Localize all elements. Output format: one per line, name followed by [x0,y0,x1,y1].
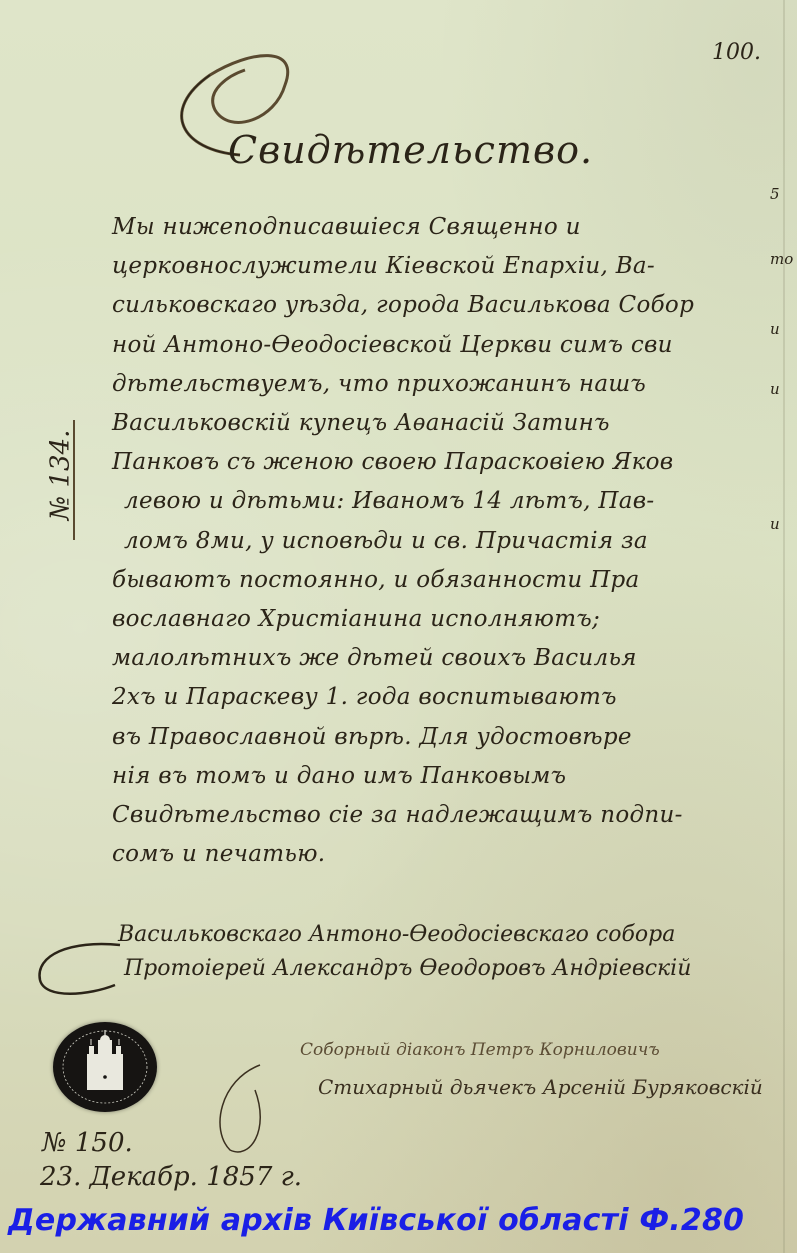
body-line: ной Антоно-Ѳеодосіевской Церкви симъ сви [112,326,782,365]
document-page: 100. Свидѣтельство. № 134. Мы нижеподпис… [0,0,797,1253]
church-seal-icon [53,1022,157,1112]
registration-number: № 150. [42,1128,133,1158]
folio-number: 100. [712,40,761,65]
body-line: дѣтельствуемъ, что прихожанинъ нашъ [112,365,782,404]
body-line: ломъ 8ми, у исповѣди и св. Причастія за [112,522,782,561]
body-line: церковнослужители Кіевской Епархіи, Ва- [112,247,782,286]
signature-loop-icon [200,1060,280,1160]
body-line: малолѣтнихъ же дѣтей своихъ Василья [112,639,782,678]
margin-rule [73,420,75,540]
signature-flourish-icon [30,935,130,1005]
edge-fragment: и [770,380,780,398]
certificate-body: Мы нижеподписавшіеся Священно и церковно… [112,208,782,874]
body-line: 2хъ и Параскеву 1. года воспитываютъ [112,678,782,717]
church-seal [53,1022,157,1112]
edge-fragment: и [770,515,780,533]
signature-block: Васильковскаго Антоно-Ѳеодосіевскаго соб… [110,918,790,986]
church-name-signature: Васильковскаго Антоно-Ѳеодосіевскаго соб… [110,918,790,952]
document-title: Свидѣтельство. [228,128,593,172]
body-line: левою и дѣтьми: Иваномъ 14 лѣтъ, Пав- [112,482,782,521]
edge-fragment: 5 [770,185,780,203]
archpriest-signature: Протоіерей Александръ Ѳеодоровъ Андріевс… [110,952,790,986]
body-line: сильковскаго уѣзда, города Василькова Со… [112,286,782,325]
edge-fragment: и [770,320,780,338]
registration-date: 23. Декабр. 1857 г. [40,1162,302,1192]
body-line: въ Православной вѣрѣ. Для удостовѣре [112,718,782,757]
sexton-signature: Стихарный дьячекъ Арсеній Буряковскій [318,1075,763,1099]
body-line: бываютъ постоянно, и обязанности Пра [112,561,782,600]
body-line: нія въ томъ и дано имъ Панковымъ [112,757,782,796]
margin-annotation-text: № 134. [45,430,75,521]
body-line: сомъ и печатью. [112,835,782,874]
deacon-signature: Соборный діаконъ Петръ Корниловичъ [300,1040,660,1060]
margin-annotation: № 134. [30,395,90,555]
body-line: Свидѣтельство сіе за надлежащимъ подпи- [112,796,782,835]
body-line: Мы нижеподписавшіеся Священно и [112,208,782,247]
body-line: Панковъ съ женою своею Парасковіею Яков [112,443,782,482]
page-fold-line [783,0,785,1253]
archive-watermark: Державний архів Київської області Ф.280 [8,1203,744,1238]
body-line: вославнаго Христіанина исполняютъ; [112,600,782,639]
body-line: Васильковскій купецъ Аѳанасій Затинъ [112,404,782,443]
edge-fragment: то [770,250,793,268]
